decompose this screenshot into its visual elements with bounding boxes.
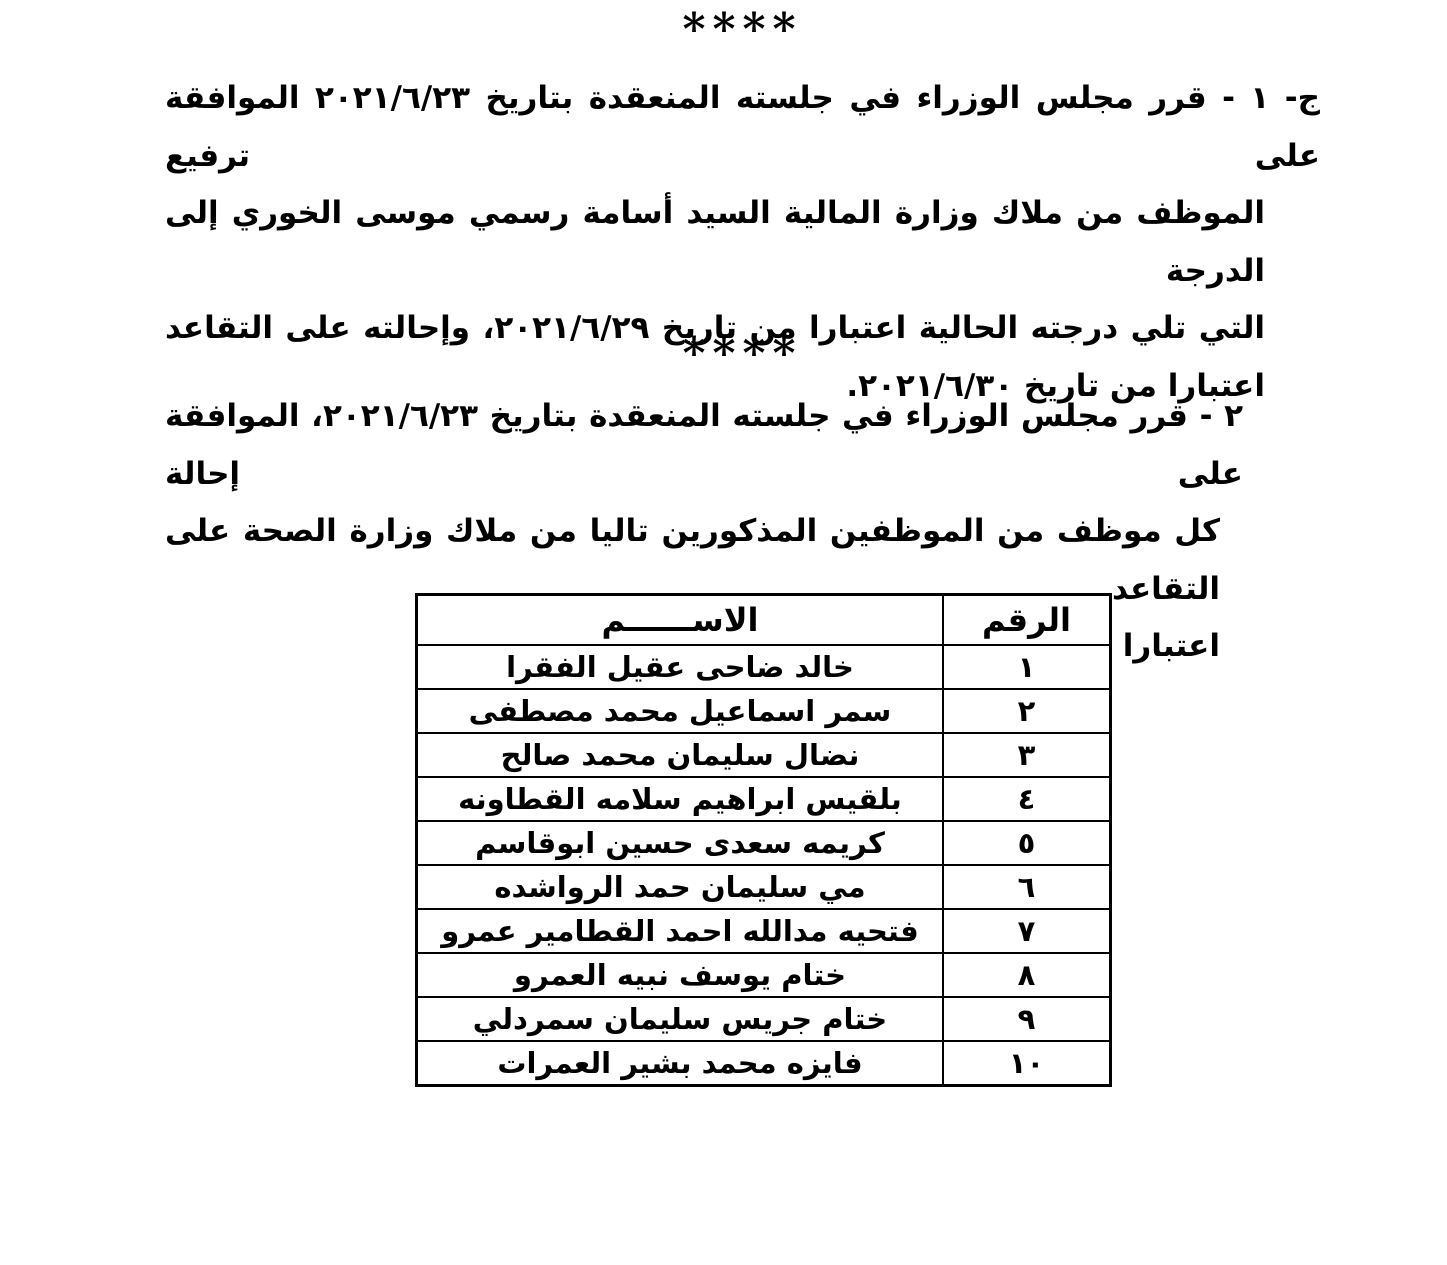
row-name-cell: مي سليمان حمد الرواشده (417, 865, 944, 909)
row-name-cell: نضال سليمان محمد صالح (417, 733, 944, 777)
table-header-row: الرقم الاســــــم (417, 595, 1111, 646)
row-number-cell: ٨ (943, 953, 1111, 997)
table-row: ٤بلقيس ابراهيم سلامه القطاونه (417, 777, 1111, 821)
row-name-cell: بلقيس ابراهيم سلامه القطاونه (417, 777, 944, 821)
table-row: ٣نضال سليمان محمد صالح (417, 733, 1111, 777)
row-number-cell: ١ (943, 645, 1111, 689)
table-header-number: الرقم (943, 595, 1111, 646)
row-name-cell: ختام جريس سليمان سمردلي (417, 997, 944, 1041)
row-name-cell: فتحيه مدالله احمد القطامير عمرو (417, 909, 944, 953)
table-row: ١٠فايزه محمد بشير العمرات (417, 1041, 1111, 1086)
row-name-cell: ختام يوسف نبيه العمرو (417, 953, 944, 997)
retirees-table-body: ١خالد ضاحى عقيل الفقرا٢سمر اسماعيل محمد … (417, 645, 1111, 1086)
document-page: **** ج- ١ - قرر مجلس الوزراء في جلسته ال… (0, 0, 1447, 1265)
paragraph-line: ٢ - قرر مجلس الوزراء في جلسته المنعقدة ب… (165, 388, 1243, 503)
row-number-cell: ٦ (943, 865, 1111, 909)
table-row: ١خالد ضاحى عقيل الفقرا (417, 645, 1111, 689)
row-number-cell: ٤ (943, 777, 1111, 821)
section-separator-top: **** (165, 10, 1320, 50)
table-row: ٨ختام يوسف نبيه العمرو (417, 953, 1111, 997)
paragraph-line: الموظف من ملاك وزارة المالية السيد أسامة… (165, 185, 1265, 300)
table-row: ٥كريمه سعدى حسين ابوقاسم (417, 821, 1111, 865)
table-header-name: الاســــــم (417, 595, 944, 646)
row-number-cell: ٥ (943, 821, 1111, 865)
retirees-table: الرقم الاســــــم ١خالد ضاحى عقيل الفقرا… (415, 593, 1112, 1087)
row-number-cell: ٧ (943, 909, 1111, 953)
section-separator-middle: **** (165, 334, 1320, 374)
row-number-cell: ٢ (943, 689, 1111, 733)
table-row: ٢سمر اسماعيل محمد مصطفى (417, 689, 1111, 733)
row-number-cell: ٣ (943, 733, 1111, 777)
table-row: ٦مي سليمان حمد الرواشده (417, 865, 1111, 909)
row-name-cell: فايزه محمد بشير العمرات (417, 1041, 944, 1086)
retirees-table-container: الرقم الاســــــم ١خالد ضاحى عقيل الفقرا… (415, 593, 1112, 1087)
table-row: ٧فتحيه مدالله احمد القطامير عمرو (417, 909, 1111, 953)
row-number-cell: ٩ (943, 997, 1111, 1041)
row-number-cell: ١٠ (943, 1041, 1111, 1086)
table-row: ٩ختام جريس سليمان سمردلي (417, 997, 1111, 1041)
row-name-cell: كريمه سعدى حسين ابوقاسم (417, 821, 944, 865)
row-name-cell: خالد ضاحى عقيل الفقرا (417, 645, 944, 689)
paragraph-line: ج- ١ - قرر مجلس الوزراء في جلسته المنعقد… (165, 70, 1320, 185)
row-name-cell: سمر اسماعيل محمد مصطفى (417, 689, 944, 733)
